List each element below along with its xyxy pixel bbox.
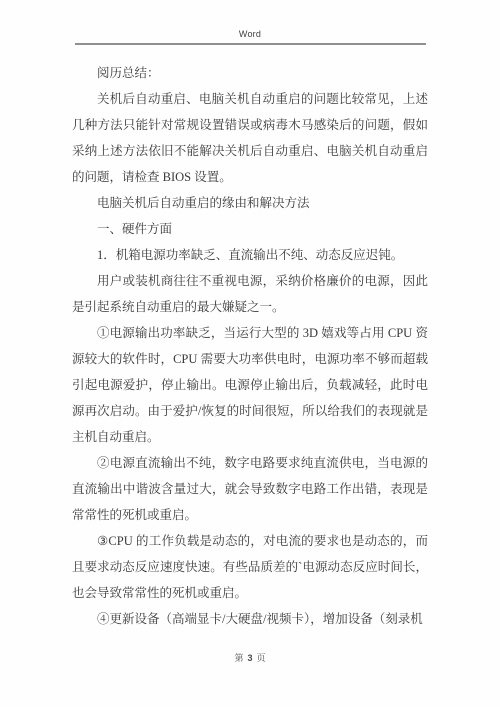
document-page: Word 阅历总结： 关机后自动重启、电脑关机自动重启的问题比较常见，上述几种方… [0,0,500,707]
page-footer: 第3页 [0,651,500,664]
paragraph-section-title: 电脑关机后自动重启的缘由和解决方法 [72,190,428,216]
paragraph-hardware-heading: 一、硬件方面 [72,216,428,242]
paragraph-summary-heading: 阅历总结： [72,60,428,86]
footer-page-suffix: 页 [257,653,266,663]
paragraph-point-3: ③CPU 的工作负载是动态的，对电流的要求也是动态的，而且要求动态反应速度快速。… [72,528,428,606]
header-title: Word [0,29,500,39]
document-body: 阅历总结： 关机后自动重启、电脑关机自动重启的问题比较常见，上述几种方法只能针对… [72,60,428,632]
paragraph-point-1: ①电源输出功率缺乏，当运行大型的 3D 嬉戏等占用 CPU 资源较大的软件时，C… [72,320,428,450]
paragraph-item-1-heading: 1．机箱电源功率缺乏、直流输出不纯、动态反应迟钝。 [72,242,428,268]
header-rule [75,43,426,45]
paragraph-intro: 关机后自动重启、电脑关机自动重启的问题比较常见，上述几种方法只能针对常规设置错误… [72,86,428,190]
footer-page-prefix: 第 [234,653,243,663]
paragraph-point-2: ②电源直流输出不纯，数字电路要求纯直流供电，当电源的直流输出中谐波含量过大，就会… [72,450,428,528]
paragraph-item-1-body: 用户或装机商往往不重视电源，采纳价格廉价的电源，因此是引起系统自动重启的最大嫌疑… [72,268,428,320]
paragraph-point-4: ④更新设备（高端显卡/大硬盘/视频卡），增加设备（刻录机 [72,606,428,632]
footer-page-number: 3 [247,653,252,663]
